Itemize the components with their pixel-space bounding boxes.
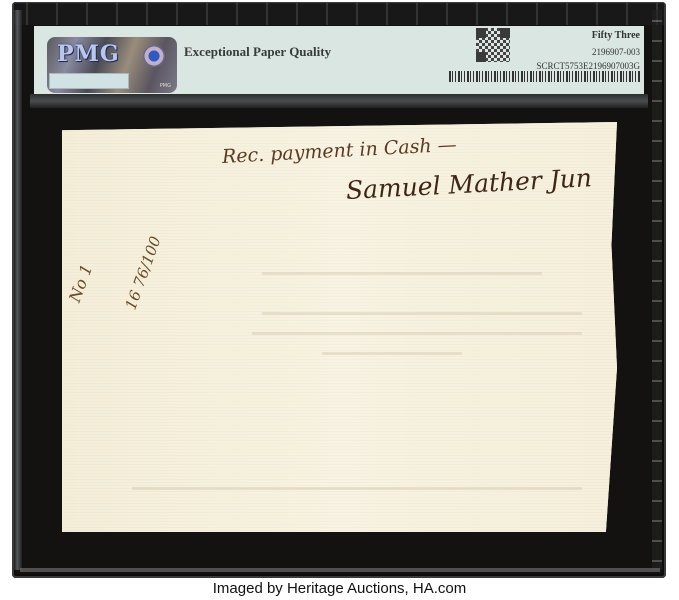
- image-caption: Imaged by Heritage Auctions, HA.com: [0, 578, 679, 600]
- grade-text: Fifty Three: [560, 30, 640, 41]
- hologram-mark: PMG: [160, 83, 171, 89]
- hologram-seal-icon: [143, 45, 165, 67]
- holder-bottom-edge: [20, 568, 660, 572]
- faint-printed-line: [252, 332, 582, 335]
- pmg-hologram: PMG PMG: [47, 37, 177, 93]
- faint-printed-line: [262, 272, 542, 275]
- qr-code-icon: [476, 28, 510, 62]
- hologram-brand: PMG: [57, 41, 120, 67]
- faint-printed-line: [322, 352, 462, 355]
- cert-number: 2196907-003: [560, 47, 640, 57]
- label-description: Exceptional Paper Quality: [184, 44, 331, 60]
- barcode-icon: [449, 71, 640, 82]
- faint-printed-line: [132, 487, 582, 490]
- label-frame-divider: [30, 94, 648, 108]
- hologram-strip: [49, 73, 129, 89]
- holder-top-edge: [14, 3, 664, 25]
- holder-left-edge: [14, 10, 22, 570]
- faint-printed-line: [262, 312, 582, 315]
- serial-code: SCRCT5753E2196907003G: [510, 61, 640, 71]
- holder-right-edge: [652, 10, 662, 570]
